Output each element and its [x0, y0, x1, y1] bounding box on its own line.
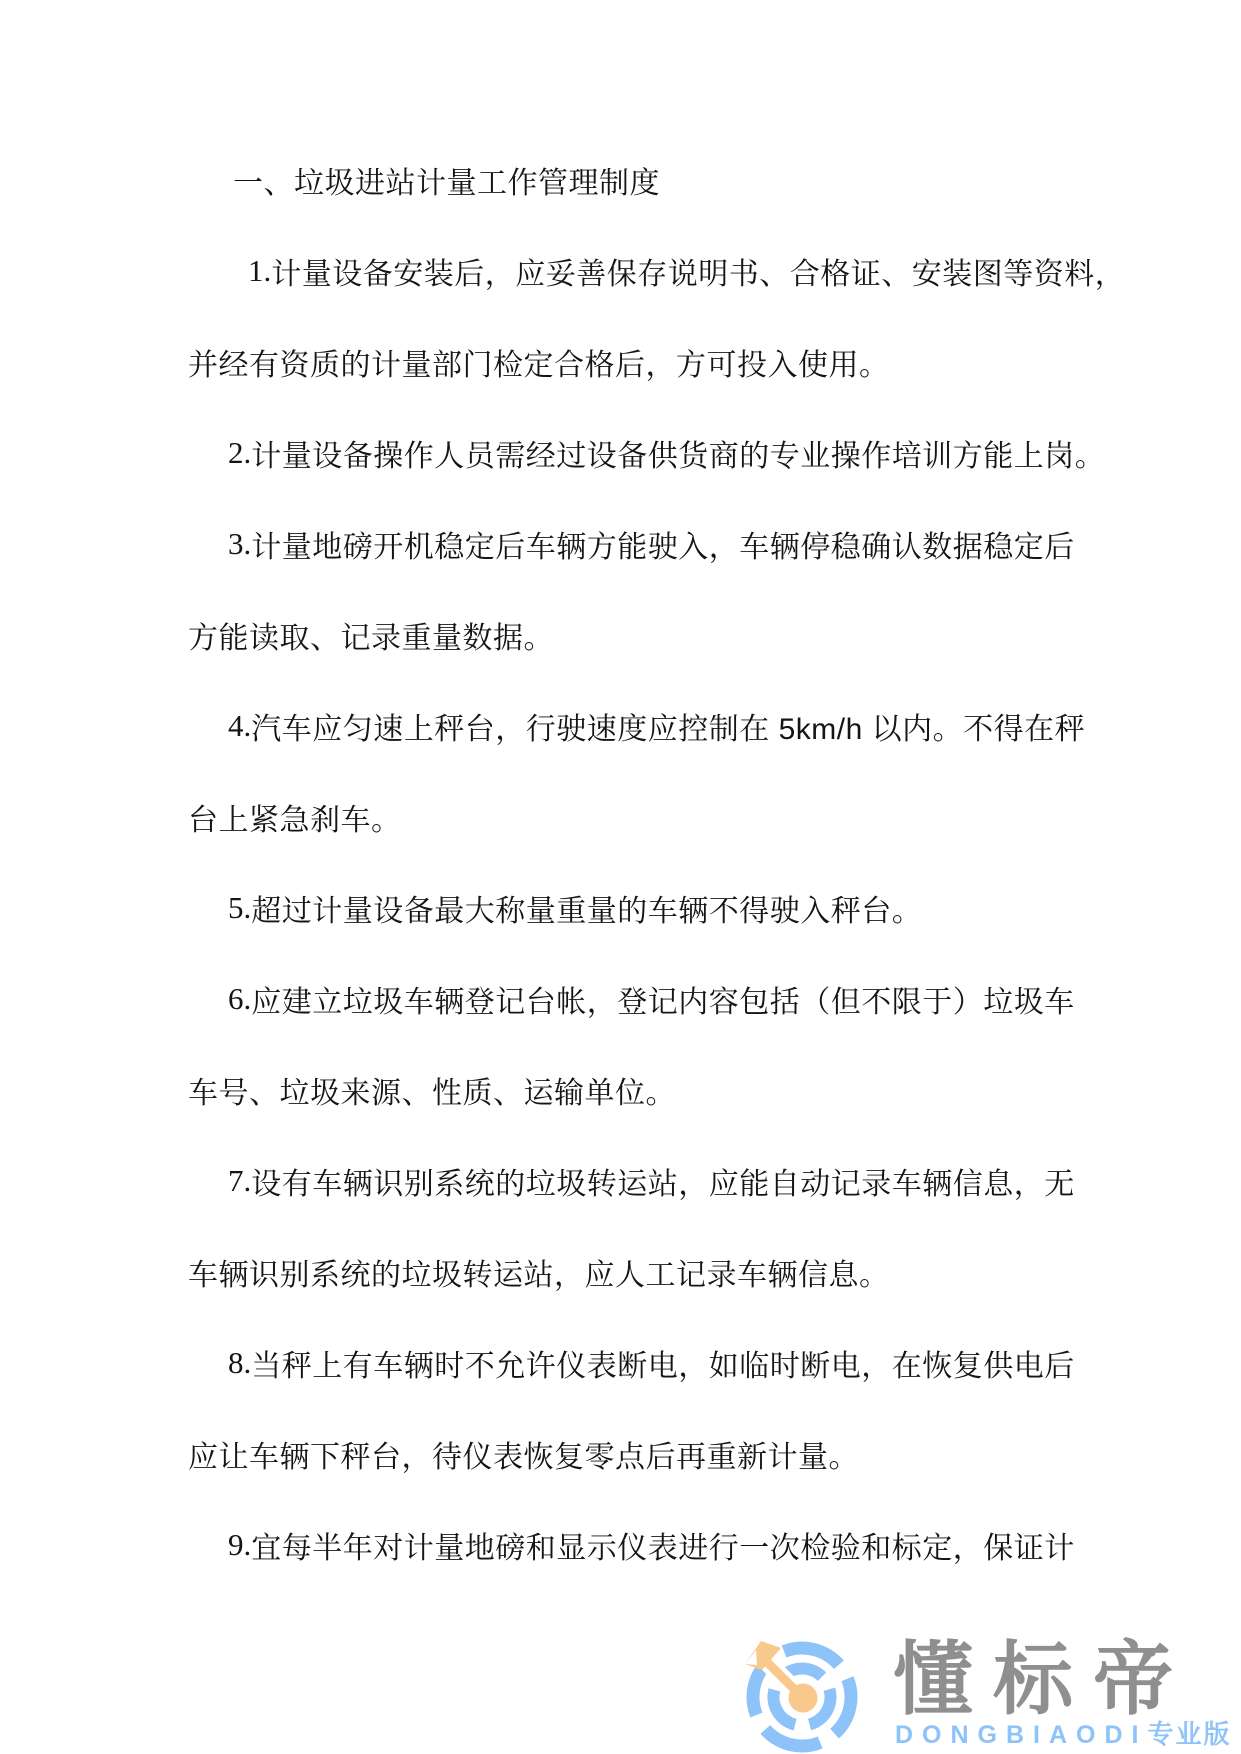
watermark-brand-en: DONGBIAODI专业版	[895, 1719, 1232, 1750]
paragraph-line: 9. 宜每半年对计量地磅和显示仪表进行一次检验和标定，保证计	[188, 1499, 1093, 1590]
paragraph-line: 6. 应建立垃圾车辆登记台帐，登记内容包括（但不限于）垃圾车	[188, 953, 1093, 1044]
item-number: 4.	[228, 708, 251, 744]
paragraph-line: 应让车辆下秤台，待仪表恢复零点后再重新计量。	[188, 1408, 1093, 1499]
line-text: 当秤上有车辆时不允许仪表断电，如临时断电，在恢复供电后	[251, 1341, 1075, 1385]
line-text: 台上紧急刹车。	[188, 795, 402, 839]
line-text: 计量设备操作人员需经过设备供货商的专业操作培训方能上岗。	[251, 431, 1105, 475]
paragraph-line: 8. 当秤上有车辆时不允许仪表断电，如临时断电，在恢复供电后	[188, 1317, 1093, 1408]
line-text: 汽车应匀速上秤台，行驶速度应控制在 5km/h 以内。不得在秤	[251, 704, 1085, 748]
line-text: 方能读取、记录重量数据。	[188, 613, 554, 657]
line-text: 宜每半年对计量地磅和显示仪表进行一次检验和标定，保证计	[251, 1523, 1075, 1567]
item-number: 1.	[248, 253, 271, 289]
paragraph-line: 车号、垃圾来源、性质、运输单位。	[188, 1044, 1093, 1135]
paragraph-line: 7. 设有车辆识别系统的垃圾转运站，应能自动记录车辆信息，无	[188, 1135, 1093, 1226]
line-text: 车号、垃圾来源、性质、运输单位。	[188, 1068, 676, 1112]
item-number: 8.	[228, 1345, 251, 1381]
paragraph-line: 台上紧急刹车。	[188, 771, 1093, 862]
line-text: 应让车辆下秤台，待仪表恢复零点后再重新计量。	[188, 1432, 859, 1476]
paragraph-line: 3. 计量地磅开机稳定后车辆方能驶入，车辆停稳确认数据稳定后	[188, 498, 1093, 589]
item-number: 5.	[228, 890, 251, 926]
line-text: 超过计量设备最大称量重量的车辆不得驶入秤台。	[251, 886, 922, 930]
item-number: 6.	[228, 981, 251, 1017]
paragraph-line: 1. 计量设备安装后，应妥善保存说明书、合格证、安装图等资料，	[188, 225, 1093, 316]
paragraph-line: 并经有资质的计量部门检定合格后，方可投入使用。	[188, 316, 1093, 407]
document-page: 一、垃圾进站计量工作管理制度 1. 计量设备安装后，应妥善保存说明书、合格证、安…	[0, 0, 1241, 1754]
line-text: 计量设备安装后，应妥善保存说明书、合格证、安装图等资料，	[271, 249, 1125, 293]
line-text: 车辆识别系统的垃圾转运站，应人工记录车辆信息。	[188, 1250, 890, 1294]
watermark-brand-suffix: 专业版	[1148, 1719, 1232, 1749]
line-text: 应建立垃圾车辆登记台帐，登记内容包括（但不限于）垃圾车	[251, 977, 1075, 1021]
item-number: 2.	[228, 435, 251, 471]
document-title: 一、垃圾进站计量工作管理制度	[188, 134, 1093, 225]
paragraph-line: 4. 汽车应匀速上秤台，行驶速度应控制在 5km/h 以内。不得在秤	[188, 680, 1093, 771]
line-text: 设有车辆识别系统的垃圾转运站，应能自动记录车辆信息，无	[251, 1159, 1075, 1203]
document-body: 一、垃圾进站计量工作管理制度 1. 计量设备安装后，应妥善保存说明书、合格证、安…	[188, 134, 1093, 1590]
paragraph-line: 2. 计量设备操作人员需经过设备供货商的专业操作培训方能上岗。	[188, 407, 1093, 498]
item-number: 9.	[228, 1527, 251, 1563]
target-dart-icon	[742, 1637, 862, 1754]
item-number: 3.	[228, 526, 251, 562]
watermark-brand-latin: DONGBIAODI	[895, 1721, 1148, 1749]
paragraph-line: 车辆识别系统的垃圾转运站，应人工记录车辆信息。	[188, 1226, 1093, 1317]
line-text: 并经有资质的计量部门检定合格后，方可投入使用。	[188, 340, 890, 384]
title-text: 一、垃圾进站计量工作管理制度	[233, 158, 660, 202]
paragraph-line: 方能读取、记录重量数据。	[188, 589, 1093, 680]
watermark-brand-cn: 懂标帝	[893, 1636, 1193, 1724]
line-text: 计量地磅开机稳定后车辆方能驶入，车辆停稳确认数据稳定后	[251, 522, 1075, 566]
item-number: 7.	[228, 1163, 251, 1199]
paragraph-line: 5. 超过计量设备最大称量重量的车辆不得驶入秤台。	[188, 862, 1093, 953]
